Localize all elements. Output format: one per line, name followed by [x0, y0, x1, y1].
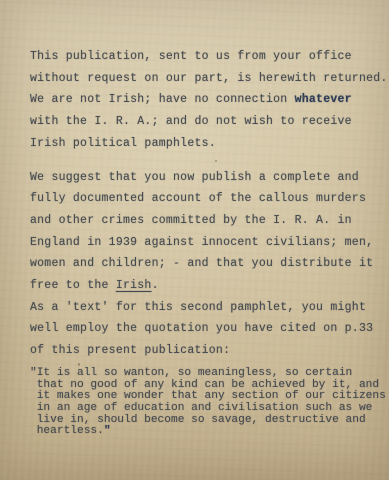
text-segment: live in, should become so savage, destru… — [30, 414, 366, 426]
text-segment: "It is all so wanton, so meaningless, so… — [30, 367, 352, 379]
text-segment: women and children; - and that you distr… — [30, 257, 373, 270]
paragraph-3: As a 'text' for this second pamphlet, yo… — [30, 297, 386, 362]
underlined-word: Irish — [116, 279, 152, 292]
text-segment: in an age of education and civilisation … — [30, 402, 372, 414]
text-segment: heartless. — [30, 425, 104, 437]
text-segment: Irish political pamphlets. — [30, 137, 216, 150]
text-line: Irish political pamphlets. — [30, 133, 386, 155]
text-line: well employ the quotation you have cited… — [30, 318, 386, 340]
text-line: This publication, sent to us from your o… — [30, 46, 386, 68]
letter-text-column: This publication, sent to us from your o… — [30, 46, 386, 438]
paragraph-2: We suggest that you now publish a comple… — [30, 167, 386, 297]
text-segment: of this present publication: — [30, 344, 230, 357]
emphasized-word: " — [104, 425, 111, 437]
text-line: free to the Irish. — [30, 275, 386, 297]
paragraph-1: This publication, sent to us from your o… — [30, 46, 386, 155]
text-line: without request on our part, is herewith… — [30, 68, 386, 90]
text-segment: free to the — [30, 279, 116, 292]
typewritten-letter-page: This publication, sent to us from your o… — [0, 0, 389, 480]
text-segment: that no good of any kind can be achieved… — [30, 379, 379, 391]
text-line: We are not Irish; have no connection wha… — [30, 89, 386, 111]
text-segment: it makes one wonder that any section of … — [30, 390, 386, 402]
text-segment: fully documented account of the callous … — [30, 192, 366, 205]
text-line: England in 1939 against innocent civilia… — [30, 232, 386, 254]
text-segment: We suggest that you now publish a comple… — [30, 171, 359, 184]
text-segment: with the I. R. A.; and do not wish to re… — [30, 115, 352, 128]
text-segment: We are not Irish; have no connection — [30, 93, 295, 106]
text-segment: . — [152, 279, 159, 292]
text-segment: England in 1939 against innocent civilia… — [30, 236, 373, 249]
quotation-block: "It is all so wanton, so meaningless, so… — [30, 368, 386, 438]
text-segment: This publication, sent to us from your o… — [30, 50, 352, 63]
text-line: with the I. R. A.; and do not wish to re… — [30, 111, 386, 133]
text-segment: and other crimes committed by the I. R. … — [30, 214, 352, 227]
text-line: of this present publication: — [30, 340, 386, 362]
text-segment: without request on our part, is herewith… — [30, 72, 388, 85]
text-line: women and children; - and that you distr… — [30, 253, 386, 275]
text-line: We suggest that you now publish a comple… — [30, 167, 386, 189]
text-segment: well employ the quotation you have cited… — [30, 322, 373, 335]
emphasized-word: whatever — [295, 93, 352, 106]
text-line: heartless." — [30, 426, 386, 438]
text-line: As a 'text' for this second pamphlet, yo… — [30, 297, 386, 319]
text-segment: As a 'text' for this second pamphlet, yo… — [30, 301, 366, 314]
text-line: fully documented account of the callous … — [30, 188, 386, 210]
text-line: and other crimes committed by the I. R. … — [30, 210, 386, 232]
